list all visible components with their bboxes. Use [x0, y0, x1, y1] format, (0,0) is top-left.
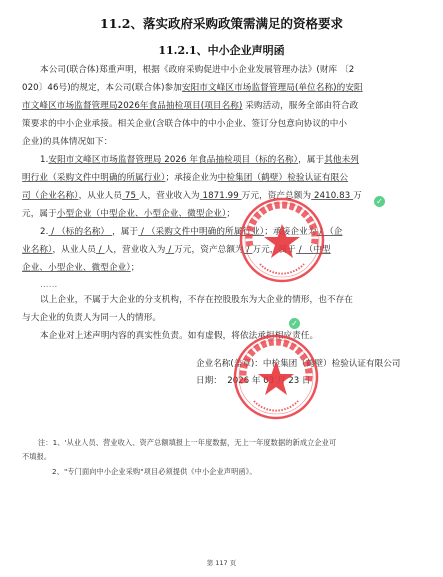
- declaration-line-1: 以上企业，不属于大企业的分支机构，不存在控股股东为大企业的情形，也不存在: [22, 294, 440, 306]
- check-icon: ✓: [374, 196, 385, 207]
- note-1: 注：1、'从业人员、营业收入、资产总额填报上一年度数据，无上一年度数据的新成立企…: [22, 437, 438, 449]
- item2-line-3: 企业、小型企业、微型企业）；: [22, 262, 422, 274]
- company-seal-stamp-2: [232, 333, 320, 421]
- intro-line-5: 企业)的具体情况如下：: [22, 136, 422, 148]
- intro-line-1: 本公司(联合体)郑重声明，根据《政府采购促进中小企业发展管理办法》(财库 〔2: [22, 64, 440, 76]
- intro-line-3: 市文峰区市场监督管理局2026年食品抽检项目(项目名称) 采购活动，服务全部由符…: [22, 100, 422, 112]
- intro-line-4: 策要求的中小企业承接。相关企业(含联合体中的中小企业、签订分包意向协议的中小: [22, 118, 422, 130]
- check-icon-2: ✓: [289, 318, 300, 329]
- intro-line-2: 020〕46号)的规定，本公司(联合体)参加安阳市文峰区市场监督管理局(单位名称…: [22, 82, 422, 94]
- declaration-line-3: 本企业对上述声明内容的真实性负责。如有虚假，将依法承担相应责任。: [22, 330, 440, 342]
- item1-line-3: 司（企业名称），从业人员 75 人，营业收入为 1871.99 万元，资产总额为…: [22, 190, 422, 202]
- subsection-title: 11.2.1、中小企业声明函: [0, 42, 443, 58]
- item2-line-1: 2. / （标的名称） ，属于 / （采购文件中明确的所属行业）；承接企业为 /…: [22, 226, 440, 238]
- page-number: 第 117 页: [0, 558, 443, 567]
- note-2: 2、"专门面向中小企业采购"项目必须提供《中小企业声明函》。: [22, 466, 443, 478]
- item1-line-1: 1.安阳市文峰区市场监督管理局 2026 年食品抽检项目（标的名称），属于其他未…: [22, 154, 440, 166]
- section-title: 11.2、落实政府采购政策需满足的资格要求: [0, 14, 443, 32]
- item1-line-2: 明行业（采购文件中明确的所属行业）；承接企业为中检集团（鹤壁）检验认证有限公: [22, 172, 422, 184]
- item1-line-4: 元，属于小型企业（中型企业、小型企业、微型企业）；: [22, 208, 422, 220]
- ellipsis: ……: [22, 279, 440, 291]
- note-1-cont: 不填报。: [22, 451, 422, 463]
- document-page: 11.2、落实政府采购政策需满足的资格要求 11.2.1、中小企业声明函 本公司…: [0, 0, 443, 577]
- declaration-line-2: 与大企业的负责人为同一人的情形。: [22, 312, 422, 324]
- item2-line-2: 业名称），从业人员 / 人，营业收入为 / 万元，资产总额为 / 万元，属于 /…: [22, 244, 422, 256]
- company-seal-stamp: [238, 196, 326, 284]
